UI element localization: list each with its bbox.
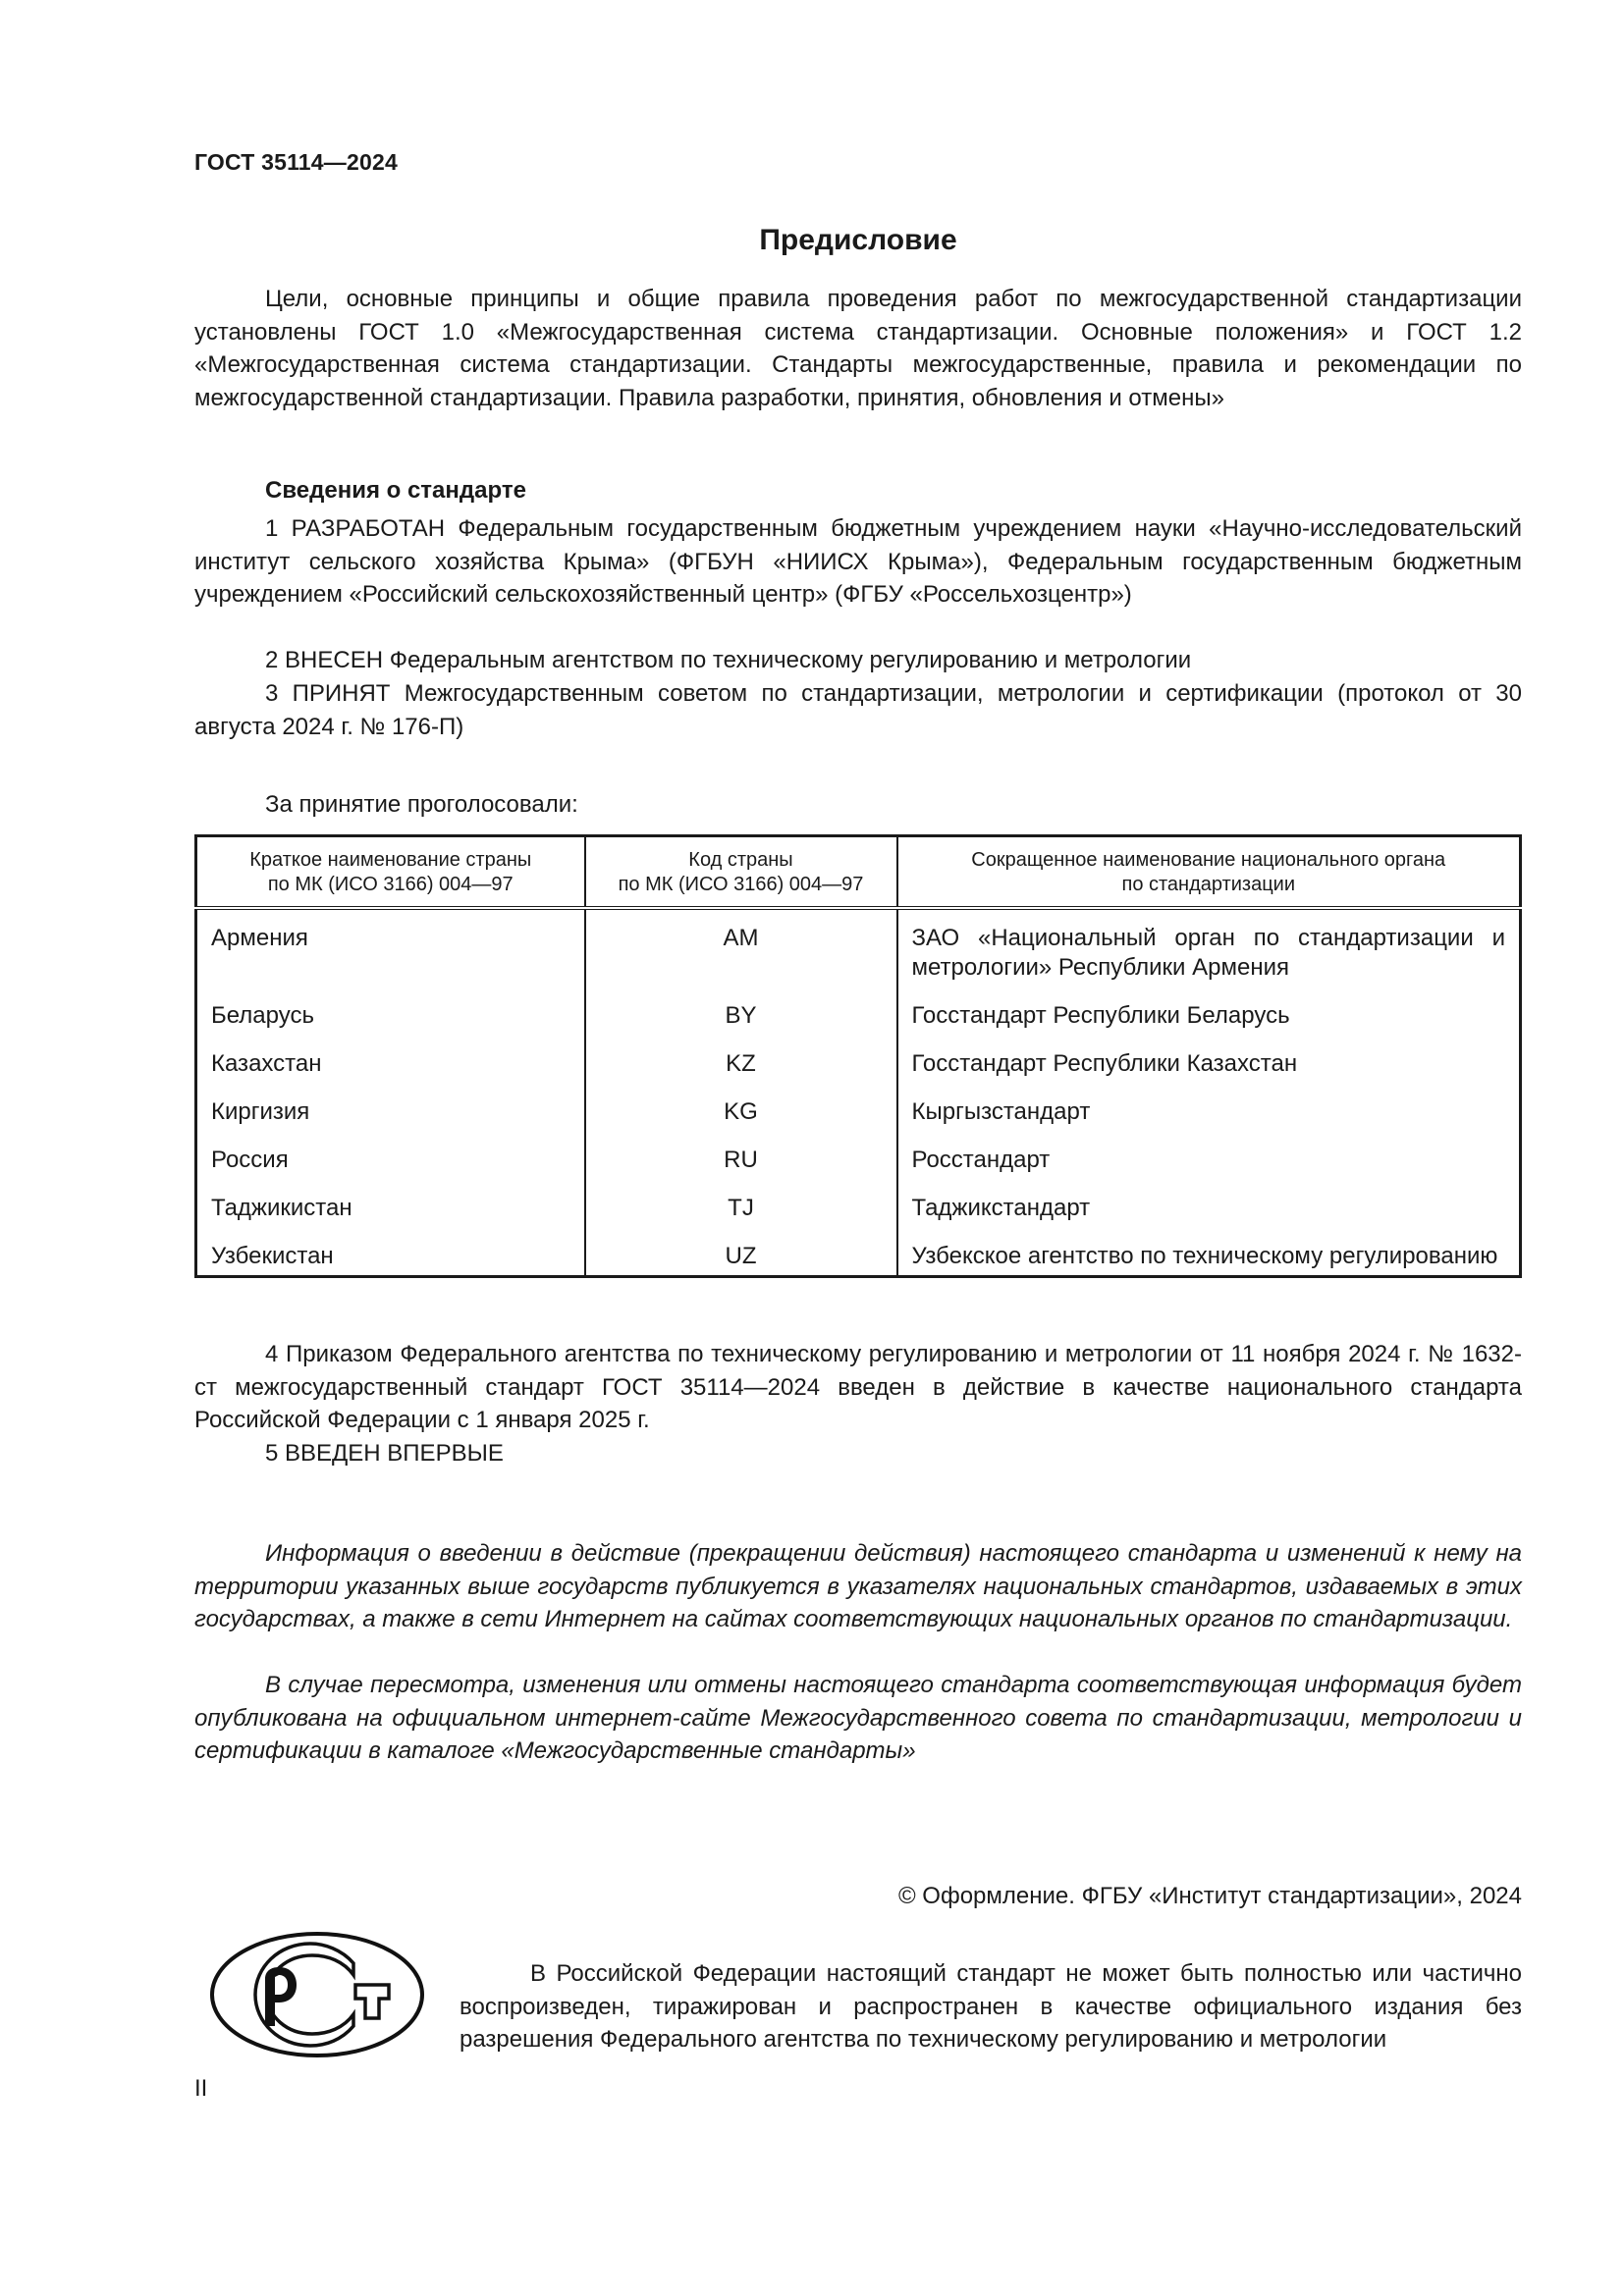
table-header-row: Краткое наименование страны по МК (ИСО 3…: [196, 836, 1521, 909]
header-country-label: Краткое наименование страны по МК (ИСО 3…: [249, 849, 531, 895]
country-cell: Казахстан: [196, 1049, 585, 1097]
code-cell: KG: [585, 1097, 897, 1146]
table-row: КазахстанKZГосстандарт Республики Казахс…: [196, 1049, 1521, 1097]
code-cell: TJ: [585, 1194, 897, 1242]
info-item-4: 4 Приказом Федерального агентства по тех…: [194, 1338, 1522, 1437]
national-body-cell: Госстандарт Республики Беларусь: [897, 1001, 1521, 1049]
code-cell: KZ: [585, 1049, 897, 1097]
country-cell: Таджикистан: [196, 1194, 585, 1242]
header-body: Сокращенное наименование национального о…: [897, 836, 1521, 909]
intro-paragraph: Цели, основные принципы и общие правила …: [194, 283, 1522, 414]
italic-note-2: В случае пересмотра, изменения или отмен…: [194, 1669, 1522, 1768]
national-body-cell: Госстандарт Республики Казахстан: [897, 1049, 1521, 1097]
table-row: УзбекистанUZУзбекское агентство по техни…: [196, 1242, 1521, 1277]
country-cell: Киргизия: [196, 1097, 585, 1146]
national-body-cell: Росстандарт: [897, 1146, 1521, 1194]
rst-gost-logo-icon: [208, 1930, 426, 2064]
code-cell: BY: [585, 1001, 897, 1049]
national-body-cell: Узбекское агентство по техническому регу…: [897, 1242, 1521, 1277]
national-body-cell: ЗАО «Национальный орган по стандартизаци…: [897, 908, 1521, 1001]
standard-info-heading: Сведения о стандарте: [265, 477, 526, 505]
document-code: ГОСТ 35114—2024: [194, 149, 398, 176]
header-country: Краткое наименование страны по МК (ИСО 3…: [196, 836, 585, 909]
voting-table: Краткое наименование страны по МК (ИСО 3…: [194, 834, 1522, 1278]
code-cell: UZ: [585, 1242, 897, 1277]
code-cell: AM: [585, 908, 897, 1001]
copyright-notice: © Оформление. ФГБУ «Институт стандартиза…: [898, 1883, 1522, 1910]
table-row: ТаджикистанTJТаджикстандарт: [196, 1194, 1521, 1242]
country-cell: Россия: [196, 1146, 585, 1194]
national-body-cell: Таджикстандарт: [897, 1194, 1521, 1242]
national-body-cell: Кыргызстандарт: [897, 1097, 1521, 1146]
info-item-5: 5 ВВЕДЕН ВПЕРВЫЕ: [194, 1437, 1522, 1470]
table-row: БеларусьBYГосстандарт Республики Беларус…: [196, 1001, 1521, 1049]
table-row: КиргизияKGКыргызстандарт: [196, 1097, 1521, 1146]
code-cell: RU: [585, 1146, 897, 1194]
info-item-1: 1 РАЗРАБОТАН Федеральным государственным…: [194, 512, 1522, 612]
table-row: АрменияAMЗАО «Национальный орган по стан…: [196, 908, 1521, 1001]
header-code: Код страны по МК (ИСО 3166) 004—97: [585, 836, 897, 909]
country-cell: Узбекистан: [196, 1242, 585, 1277]
header-body-label: Сокращенное наименование национального о…: [971, 849, 1445, 895]
country-cell: Армения: [196, 908, 585, 1001]
page-number: II: [194, 2075, 207, 2103]
page-title: Предисловие: [194, 224, 1522, 257]
table-row: РоссияRUРосстандарт: [196, 1146, 1521, 1194]
info-item-2: 2 ВНЕСЕН Федеральным агентством по техни…: [194, 644, 1522, 677]
header-code-label: Код страны по МК (ИСО 3166) 004—97: [619, 849, 864, 895]
country-cell: Беларусь: [196, 1001, 585, 1049]
reproduction-notice: В Российской Федерации настоящий стандар…: [460, 1957, 1522, 2056]
voted-label: За принятие проголосовали:: [265, 791, 578, 819]
italic-note-1: Информация о введении в действие (прекра…: [194, 1537, 1522, 1636]
info-item-3: 3 ПРИНЯТ Межгосударственным советом по с…: [194, 677, 1522, 743]
